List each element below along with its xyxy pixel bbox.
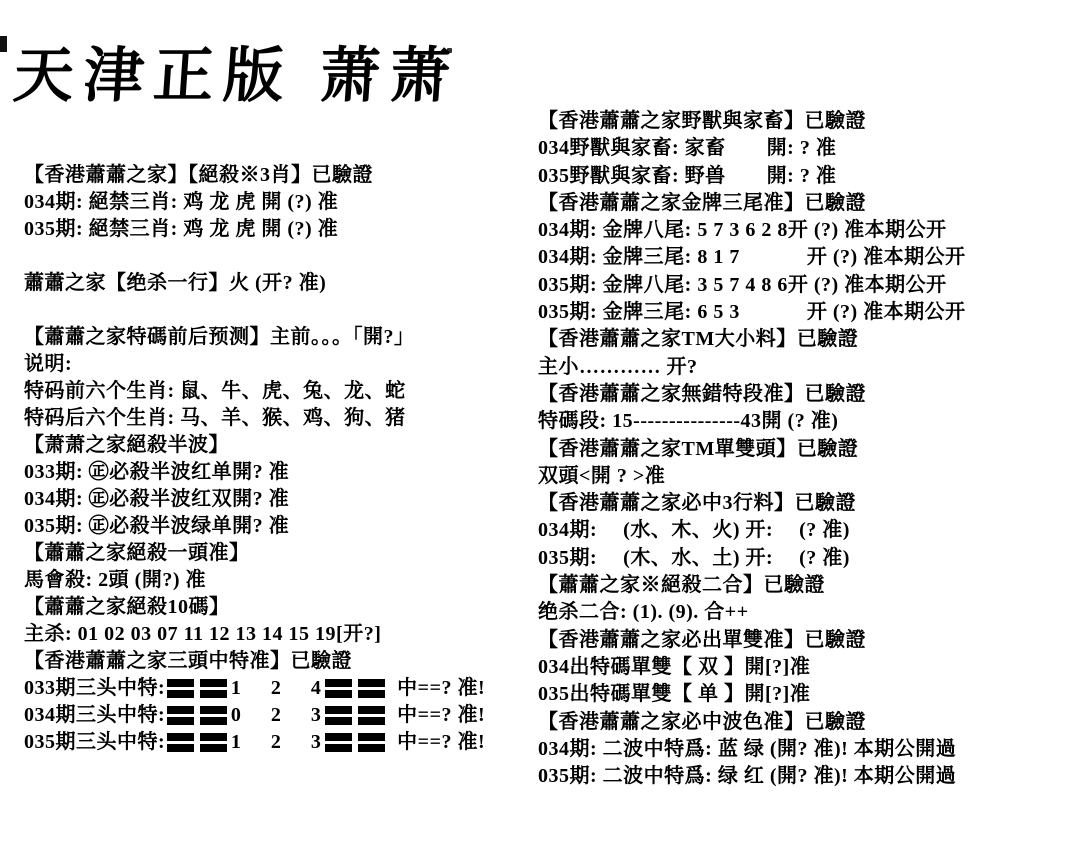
- text-line: 【香港蕭蕭之家無錯特段准】已驗證: [538, 381, 1078, 408]
- head-number: 3: [309, 702, 323, 729]
- text-line: 034出特碼單雙【 双 】開[?]准: [538, 654, 1078, 681]
- text-line: 035期: ㊣必殺半波绿单開? 准: [24, 513, 529, 540]
- row-result: 中==? 准!: [397, 729, 485, 756]
- text-line: 034期: 金牌三尾: 8 1 7 开 (?) 准本期公开: [538, 244, 1078, 271]
- text-line: [24, 297, 529, 324]
- scan-artifact: [0, 36, 7, 52]
- text-line: 【蕭蕭之家絕殺10碼】: [24, 594, 529, 621]
- right-column: 【香港蕭蕭之家野獸與家畜】已驗證034野獸與家畜: 家畜 開: ? 准035野獸…: [538, 108, 1078, 790]
- head-number: 0: [229, 702, 243, 729]
- text-line: 说明:: [24, 351, 529, 378]
- left-lines: 【香港蕭蕭之家】【絕殺※3肖】已驗證034期: 絕禁三肖: 鸡 龙 虎 開 (?…: [24, 162, 529, 675]
- text-line: 035期: 絕禁三肖: 鸡 龙 虎 開 (?) 准: [24, 216, 529, 243]
- text-line: 蕭蕭之家【绝杀一行】火 (开? 准): [24, 270, 529, 297]
- text-line: 【蕭蕭之家※絕殺二合】已驗證: [538, 572, 1078, 599]
- text-line: 【蕭蕭之家特碼前后预测】主前。。。「開?」: [24, 324, 529, 351]
- text-line: 【萧萧之家絕殺半波】: [24, 432, 529, 459]
- text-line: 035期: 金牌三尾: 6 5 3 开 (?) 准本期公开: [538, 299, 1078, 326]
- head-number: 2: [269, 702, 283, 729]
- title-part1: 天津正版: [11, 43, 296, 109]
- row-result: 中==? 准!: [397, 675, 485, 702]
- row-result: 中==? 准!: [397, 702, 485, 729]
- text-line: 034期: ㊣必殺半波红双開? 准: [24, 486, 529, 513]
- row-label: 035期三头中特:: [24, 729, 165, 756]
- text-line: 035期: 二波中特爲: 绿 红 (開? 准)! 本期公開過: [538, 763, 1078, 790]
- text-line: 033期: ㊣必殺半波红单開? 准: [24, 459, 529, 486]
- text-line: 绝杀二合: (1). (9). 合++: [538, 599, 1078, 626]
- scanned-tipsheet-page: 天津正版萧萧 【香港蕭蕭之家】【絕殺※3肖】已驗證034期: 絕禁三肖: 鸡 龙…: [0, 0, 1080, 860]
- triple-head-row: 034期三头中特: 023 中==? 准!: [24, 702, 529, 729]
- row-label: 034期三头中特:: [24, 702, 165, 729]
- head-number: 2: [269, 675, 283, 702]
- text-line: 特码前六个生肖: 鼠、牛、虎、兔、龙、蛇: [24, 378, 529, 405]
- redaction-bars: [325, 679, 385, 698]
- text-line: 【香港蕭蕭之家金牌三尾准】已驗證: [538, 190, 1078, 217]
- text-line: 【香港蕭蕭之家必出單雙准】已驗證: [538, 627, 1078, 654]
- text-line: 主小………… 开?: [538, 354, 1078, 381]
- text-line: 035期: 金牌八尾: 3 5 7 4 8 6开 (?) 准本期公开: [538, 272, 1078, 299]
- text-line: 【蕭蕭之家絕殺一頭准】: [24, 540, 529, 567]
- text-line: 【香港蕭蕭之家三頭中特准】已驗證: [24, 648, 529, 675]
- text-line: 【香港蕭蕭之家必中波色准】已驗證: [538, 709, 1078, 736]
- text-line: 【香港蕭蕭之家】【絕殺※3肖】已驗證: [24, 162, 529, 189]
- redaction-bars: [325, 706, 385, 725]
- head-number: 1: [229, 729, 243, 756]
- text-line: 035野獸與家畜: 野兽 開: ? 准: [538, 163, 1078, 190]
- triple-head-row: 035期三头中特: 123 中==? 准!: [24, 729, 529, 756]
- text-line: 034期: 二波中特爲: 蓝 绿 (開? 准)! 本期公開過: [538, 736, 1078, 763]
- page-title: 天津正版萧萧: [11, 28, 463, 114]
- text-line: 035期: (木、水、土) 开: (? 准): [538, 545, 1078, 572]
- head-number: 3: [309, 729, 323, 756]
- text-line: [24, 243, 529, 270]
- title-part2: 萧萧: [317, 43, 462, 109]
- redaction-bars: [167, 706, 227, 725]
- text-line: 【香港蕭蕭之家野獸與家畜】已驗證: [538, 108, 1078, 135]
- text-line: 特碼段: 15---------------43開 (? 准): [538, 408, 1078, 435]
- text-line: 【香港蕭蕭之家TM大小料】已驗證: [538, 326, 1078, 353]
- text-line: 主杀: 01 02 03 07 11 12 13 14 15 19[开?]: [24, 621, 529, 648]
- text-line: 双頭<開 ? >准: [538, 463, 1078, 490]
- text-line: 034期: (水、木、火) 开: (? 准): [538, 517, 1078, 544]
- redaction-bars: [167, 733, 227, 752]
- text-line: 【香港蕭蕭之家必中3行料】已驗證: [538, 490, 1078, 517]
- left-column: 【香港蕭蕭之家】【絕殺※3肖】已驗證034期: 絕禁三肖: 鸡 龙 虎 開 (?…: [24, 162, 529, 756]
- head-number: 1: [229, 675, 243, 702]
- text-line: 特码后六个生肖: 马、羊、猴、鸡、狗、猪: [24, 405, 529, 432]
- redaction-bars: [167, 679, 227, 698]
- text-line: 035出特碼單雙【 单 】開[?]准: [538, 681, 1078, 708]
- head-number: 4: [309, 675, 323, 702]
- text-line: 馬會殺: 2頭 (開?) 准: [24, 567, 529, 594]
- redaction-bars: [325, 733, 385, 752]
- text-line: 034野獸與家畜: 家畜 開: ? 准: [538, 135, 1078, 162]
- text-line: 034期: 金牌八尾: 5 7 3 6 2 8开 (?) 准本期公开: [538, 217, 1078, 244]
- head-number: 2: [269, 729, 283, 756]
- text-line: 034期: 絕禁三肖: 鸡 龙 虎 開 (?) 准: [24, 189, 529, 216]
- row-label: 033期三头中特:: [24, 675, 165, 702]
- triple-head-row: 033期三头中特: 124 中==? 准!: [24, 675, 529, 702]
- right-lines: 【香港蕭蕭之家野獸與家畜】已驗證034野獸與家畜: 家畜 開: ? 准035野獸…: [538, 108, 1078, 790]
- text-line: 【香港蕭蕭之家TM單雙頭】已驗證: [538, 436, 1078, 463]
